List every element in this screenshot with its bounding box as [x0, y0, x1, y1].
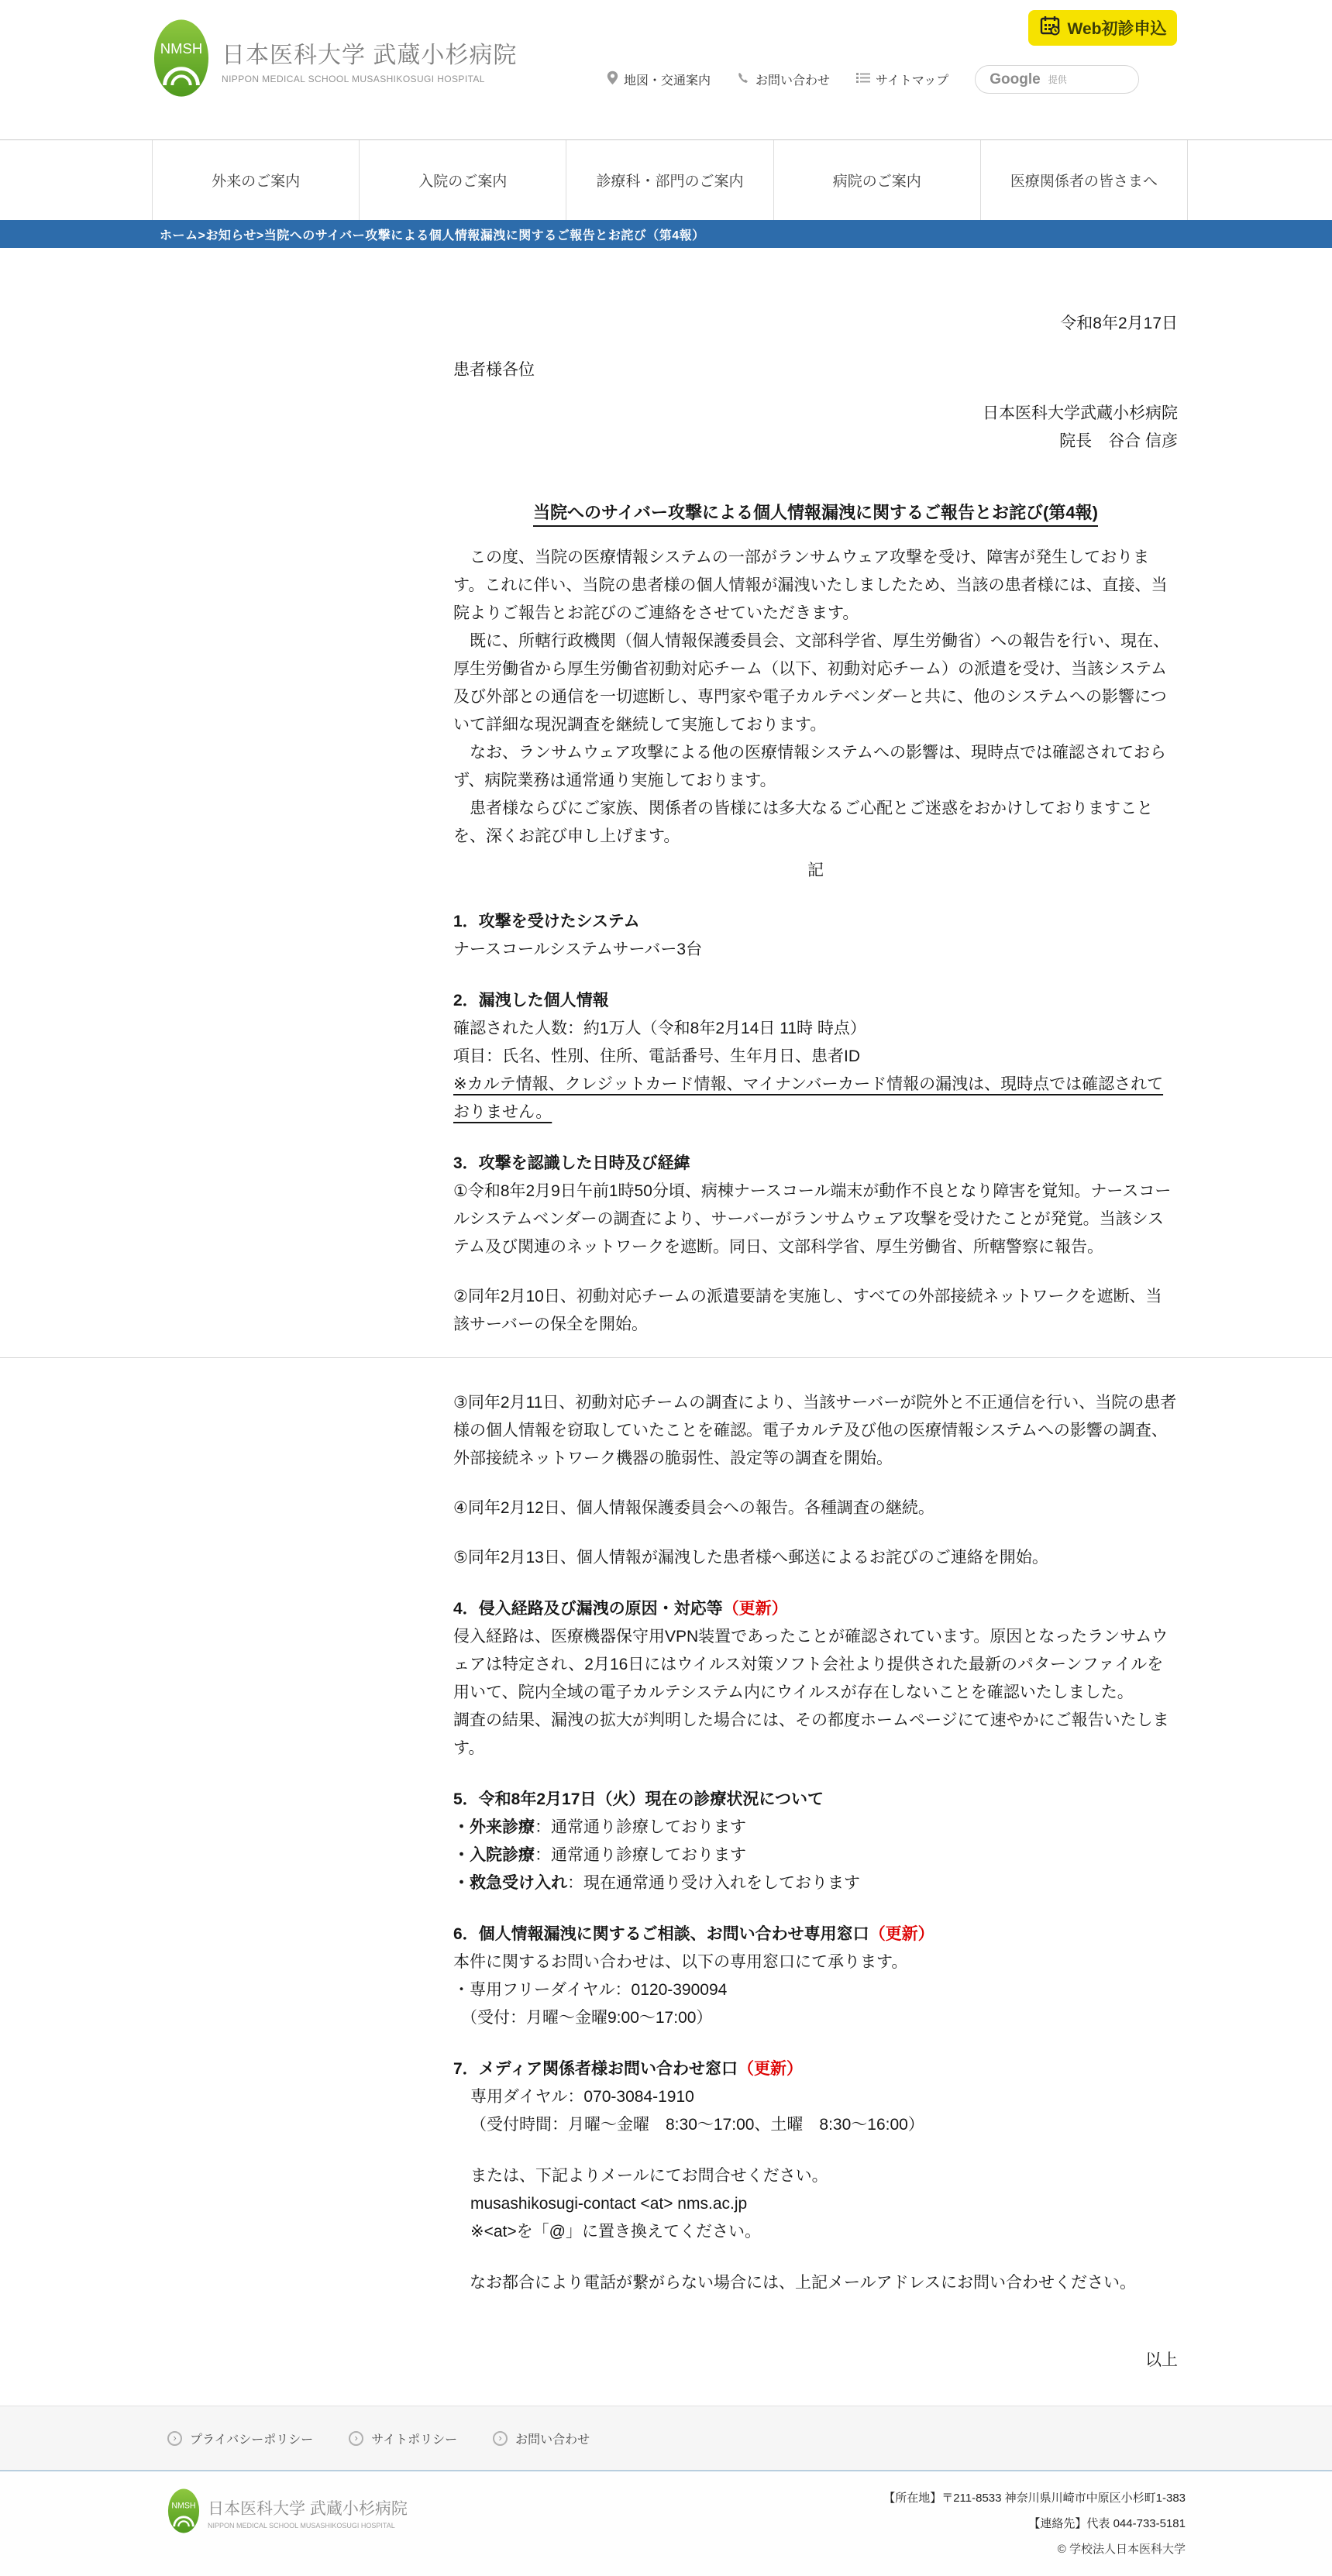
section-2-note: ※カルテ情報、クレジットカード情報、マイナンバーカード情報の漏洩は、現時点では確…	[453, 1071, 1178, 1126]
section-2-heading: 2．漏洩した個人情報	[453, 987, 1178, 1015]
timeline-item-1: ①令和8年2月9日午前1時50分頃、病棟ナースコール端末が動作不良となり障害を覚…	[453, 1178, 1178, 1261]
map-pin-icon	[607, 71, 618, 89]
section-3: 3．攻撃を認識した日時及び経緯 ①令和8年2月9日午前1時50分頃、病棟ナースコ…	[453, 1150, 1178, 1339]
footer-hospital-name-en: NIPPON MEDICAL SCHOOL MUSASHIKOSUGI HOSP…	[208, 2522, 408, 2530]
section-1-heading: 1．攻撃を受けたシステム	[453, 908, 1178, 936]
section-3-heading: 3．攻撃を認識した日時及び経緯	[453, 1150, 1178, 1178]
phone-icon	[737, 71, 750, 88]
svg-text:NMSH: NMSH	[171, 2502, 195, 2511]
footer-contact-label: お問い合わせ	[515, 2430, 590, 2447]
footer-hospital-logo[interactable]: NMSH 日本医科大学 武蔵小杉病院 NIPPON MEDICAL SCHOOL…	[167, 2488, 408, 2537]
footer-copyright: © 学校法人日本医科大学	[883, 2536, 1186, 2562]
section-1-body: ナースコールシステムサーバー3台	[453, 936, 1178, 964]
doc-paragraph-1: この度、当院の医療情報システムの一部がランサムウェア攻撃を受け、障害が発生してお…	[453, 544, 1178, 628]
doc-sender-name: 院長 谷合 信彦	[453, 428, 1178, 456]
chevron-circle-icon: ›	[493, 2431, 508, 2446]
section-4-body2: 調査の結果、漏洩の拡大が判明した場合には、その都度ホームページにて速やかにご報告…	[453, 1707, 1178, 1763]
privacy-policy-label: プライバシーポリシー	[190, 2430, 313, 2447]
site-header: NMSH 日本医科大学 武蔵小杉病院 NIPPON MEDICAL SCHOOL…	[0, 0, 1332, 139]
footer-hospital-name: 日本医科大学 武蔵小杉病院	[208, 2496, 408, 2519]
contact-link[interactable]: お問い合わせ	[737, 71, 830, 88]
hospital-logo[interactable]: NMSH 日本医科大学 武蔵小杉病院 NIPPON MEDICAL SCHOOL…	[153, 19, 517, 101]
hospital-logo-icon: NMSH	[153, 19, 209, 101]
nav-item-hospital-info[interactable]: 病院のご案内	[773, 140, 980, 220]
footer-hospital-logo-icon: NMSH	[167, 2488, 200, 2537]
web-reservation-button[interactable]: Web初診申込	[1028, 10, 1177, 46]
media-fallback-note: なお都合により電話が繋がらない場合には、上記メールアドレスにお問い合わせください…	[453, 2269, 1178, 2297]
svg-text:NMSH: NMSH	[160, 40, 202, 57]
sitemap-icon	[856, 72, 870, 88]
doc-paragraph-2: 既に、所轄行政機関（個人情報保護委員会、文部科学省、厚生労働省）への報告を行い、…	[453, 628, 1178, 739]
document-page-1: 令和8年2月17日 患者様各位 日本医科大学武蔵小杉病院 院長 谷合 信彦 当院…	[453, 248, 1178, 1357]
sitemap-link[interactable]: サイトマップ	[856, 71, 948, 88]
section-6: 6．個人情報漏洩に関するご相談、お問い合わせ専用窓口（更新） 本件に関するお問い…	[453, 1921, 1178, 2032]
google-search-box[interactable]: Google 提供	[975, 65, 1139, 94]
section-7-heading: 7．メディア関係者様お問い合わせ窓口（更新）	[453, 2055, 1178, 2083]
update-badge: （更新）	[869, 1925, 934, 1943]
media-mail-lead: または、下記よりメールにてお問合せください。	[453, 2162, 1178, 2190]
section-4: 4．侵入経路及び漏洩の原因・対応等（更新） 侵入経路は、医療機器保守用VPN装置…	[453, 1595, 1178, 1763]
doc-paragraph-3: なお、ランサムウェア攻撃による他の医療情報システムへの影響は、現時点では確認され…	[453, 739, 1178, 795]
doc-sender-org: 日本医科大学武蔵小杉病院	[453, 400, 1178, 428]
google-search-suffix: 提供	[1048, 73, 1067, 86]
timeline-item-4: ④同年2月12日、個人情報保護委員会への報告。各種調査の継続。	[453, 1494, 1178, 1522]
status-emergency: ・救急受け入れ：現在通常通り受け入れをしております	[453, 1869, 1178, 1897]
section-6-heading: 6．個人情報漏洩に関するご相談、お問い合わせ専用窓口（更新）	[453, 1921, 1178, 1948]
section-4-heading: 4．侵入経路及び漏洩の原因・対応等（更新）	[453, 1595, 1178, 1623]
doc-closing: 以上	[453, 2347, 1178, 2375]
header-quick-links: 地図・交通案内 お問い合わせ サイトマップ Google 提供	[607, 65, 1139, 94]
section-2-line1: 確認された人数：約1万人（令和8年2月14日 11時 時点）	[453, 1015, 1178, 1043]
document-page-2: ③同年2月11日、初動対応チームの調査により、当該サーバーが院外と不正通信を行い…	[453, 1358, 1178, 2406]
chevron-circle-icon: ›	[349, 2431, 363, 2446]
update-badge: （更新）	[738, 2060, 803, 2078]
section-1: 1．攻撃を受けたシステム ナースコールシステムサーバー3台	[453, 908, 1178, 964]
site-policy-link[interactable]: › サイトポリシー	[349, 2430, 457, 2447]
doc-date: 令和8年2月17日	[453, 310, 1178, 338]
calendar-icon	[1039, 15, 1061, 41]
section-4-body1: 侵入経路は、医療機器保守用VPN装置であったことが確認されています。原因となった…	[453, 1623, 1178, 1707]
nav-item-departments[interactable]: 診療科・部門のご案内	[566, 140, 773, 220]
timeline-item-2: ②同年2月10日、初動対応チームの派遣要請を実施し、すべての外部接続ネットワーク…	[453, 1283, 1178, 1339]
nav-item-medical-professionals[interactable]: 医療関係者の皆さまへ	[980, 140, 1188, 220]
media-hours: （受付時間：月曜～金曜 8:30～17:00、土曜 8:30～16:00）	[453, 2111, 1178, 2139]
section-5-heading: 5．令和8年2月17日（火）現在の診療状況について	[453, 1786, 1178, 1814]
footer-address: 【所在地】〒211-8533 神奈川県川崎市中原区小杉町1-383	[883, 2485, 1186, 2511]
nav-item-outpatient[interactable]: 外来のご案内	[152, 140, 359, 220]
timeline-item-5: ⑤同年2月13日、個人情報が漏洩した患者様へ郵送によるお詫びのご連絡を開始。	[453, 1544, 1178, 1572]
footer-phone: 【連絡先】代表 044-733-5181	[883, 2511, 1186, 2536]
section-6-body: 本件に関するお問い合わせは、以下の専用窓口にて承ります。	[453, 1948, 1178, 1976]
inquiry-freedial: ・専用フリーダイヤル：0120-390094	[453, 1976, 1178, 2004]
doc-title: 当院へのサイバー攻撃による個人情報漏洩に関するご報告とお詫び(第4報)	[453, 499, 1178, 527]
doc-addressee: 患者様各位	[453, 356, 1178, 384]
inquiry-hours: （受付：月曜～金曜9:00～17:00）	[453, 2004, 1178, 2032]
chevron-circle-icon: ›	[167, 2431, 182, 2446]
media-email-note: ※<at>を「@」に置き換えてください。	[453, 2218, 1178, 2246]
timeline-item-3: ③同年2月11日、初動対応チームの調査により、当該サーバーが院外と不正通信を行い…	[453, 1389, 1178, 1473]
doc-paragraph-4: 患者様ならびにご家族、関係者の皆様には多大なるご心配とご迷惑をおかけしております…	[453, 795, 1178, 851]
media-dial: 専用ダイヤル：070-3084-1910	[453, 2083, 1178, 2111]
map-access-link[interactable]: 地図・交通案内	[607, 71, 711, 89]
main-nav-items: 外来のご案内 入院のご案内 診療科・部門のご案内 病院のご案内 医療関係者の皆さ…	[152, 140, 1188, 220]
media-email: musashikosugi-contact <at> nms.ac.jp	[453, 2190, 1178, 2218]
section-2: 2．漏洩した個人情報 確認された人数：約1万人（令和8年2月14日 11時 時点…	[453, 987, 1178, 1126]
map-access-label: 地図・交通案内	[624, 71, 711, 88]
site-policy-label: サイトポリシー	[371, 2430, 457, 2447]
footer-links-bar: › プライバシーポリシー › サイトポリシー › お問い合わせ	[0, 2406, 1332, 2471]
section-2-line2: 項目：氏名、性別、住所、電話番号、生年月日、患者ID	[453, 1043, 1178, 1071]
breadcrumb-bar: ホーム>お知らせ>当院へのサイバー攻撃による個人情報漏洩に関するご報告とお詫び（…	[0, 220, 1332, 248]
section-5: 5．令和8年2月17日（火）現在の診療状況について ・外来診療：通常通り診療して…	[453, 1786, 1178, 1897]
section-7: 7．メディア関係者様お問い合わせ窓口（更新） 専用ダイヤル：070-3084-1…	[453, 2055, 1178, 2297]
footer-contact-link[interactable]: › お問い合わせ	[493, 2430, 590, 2447]
doc-record-mark: 記	[453, 857, 1178, 885]
breadcrumb[interactable]: ホーム>お知らせ>当院へのサイバー攻撃による個人情報漏洩に関するご報告とお詫び（…	[160, 225, 705, 243]
web-reservation-label: Web初診申込	[1068, 16, 1167, 40]
contact-label: お問い合わせ	[755, 71, 830, 88]
update-badge: （更新）	[723, 1600, 788, 1618]
privacy-policy-link[interactable]: › プライバシーポリシー	[167, 2430, 313, 2447]
main-nav: 外来のご案内 入院のご案内 診療科・部門のご案内 病院のご案内 医療関係者の皆さ…	[0, 139, 1332, 220]
nav-item-inpatient[interactable]: 入院のご案内	[359, 140, 566, 220]
google-logo: Google	[990, 71, 1040, 88]
site-footer: NMSH 日本医科大学 武蔵小杉病院 NIPPON MEDICAL SCHOOL…	[0, 2471, 1332, 2576]
hospital-name: 日本医科大学 武蔵小杉病院	[222, 36, 517, 70]
hospital-name-en: NIPPON MEDICAL SCHOOL MUSASHIKOSUGI HOSP…	[222, 74, 517, 84]
status-inpatient: ・入院診療：通常通り診療しております	[453, 1842, 1178, 1869]
sitemap-label: サイトマップ	[876, 71, 948, 88]
status-outpatient: ・外来診療：通常通り診療しております	[453, 1814, 1178, 1842]
